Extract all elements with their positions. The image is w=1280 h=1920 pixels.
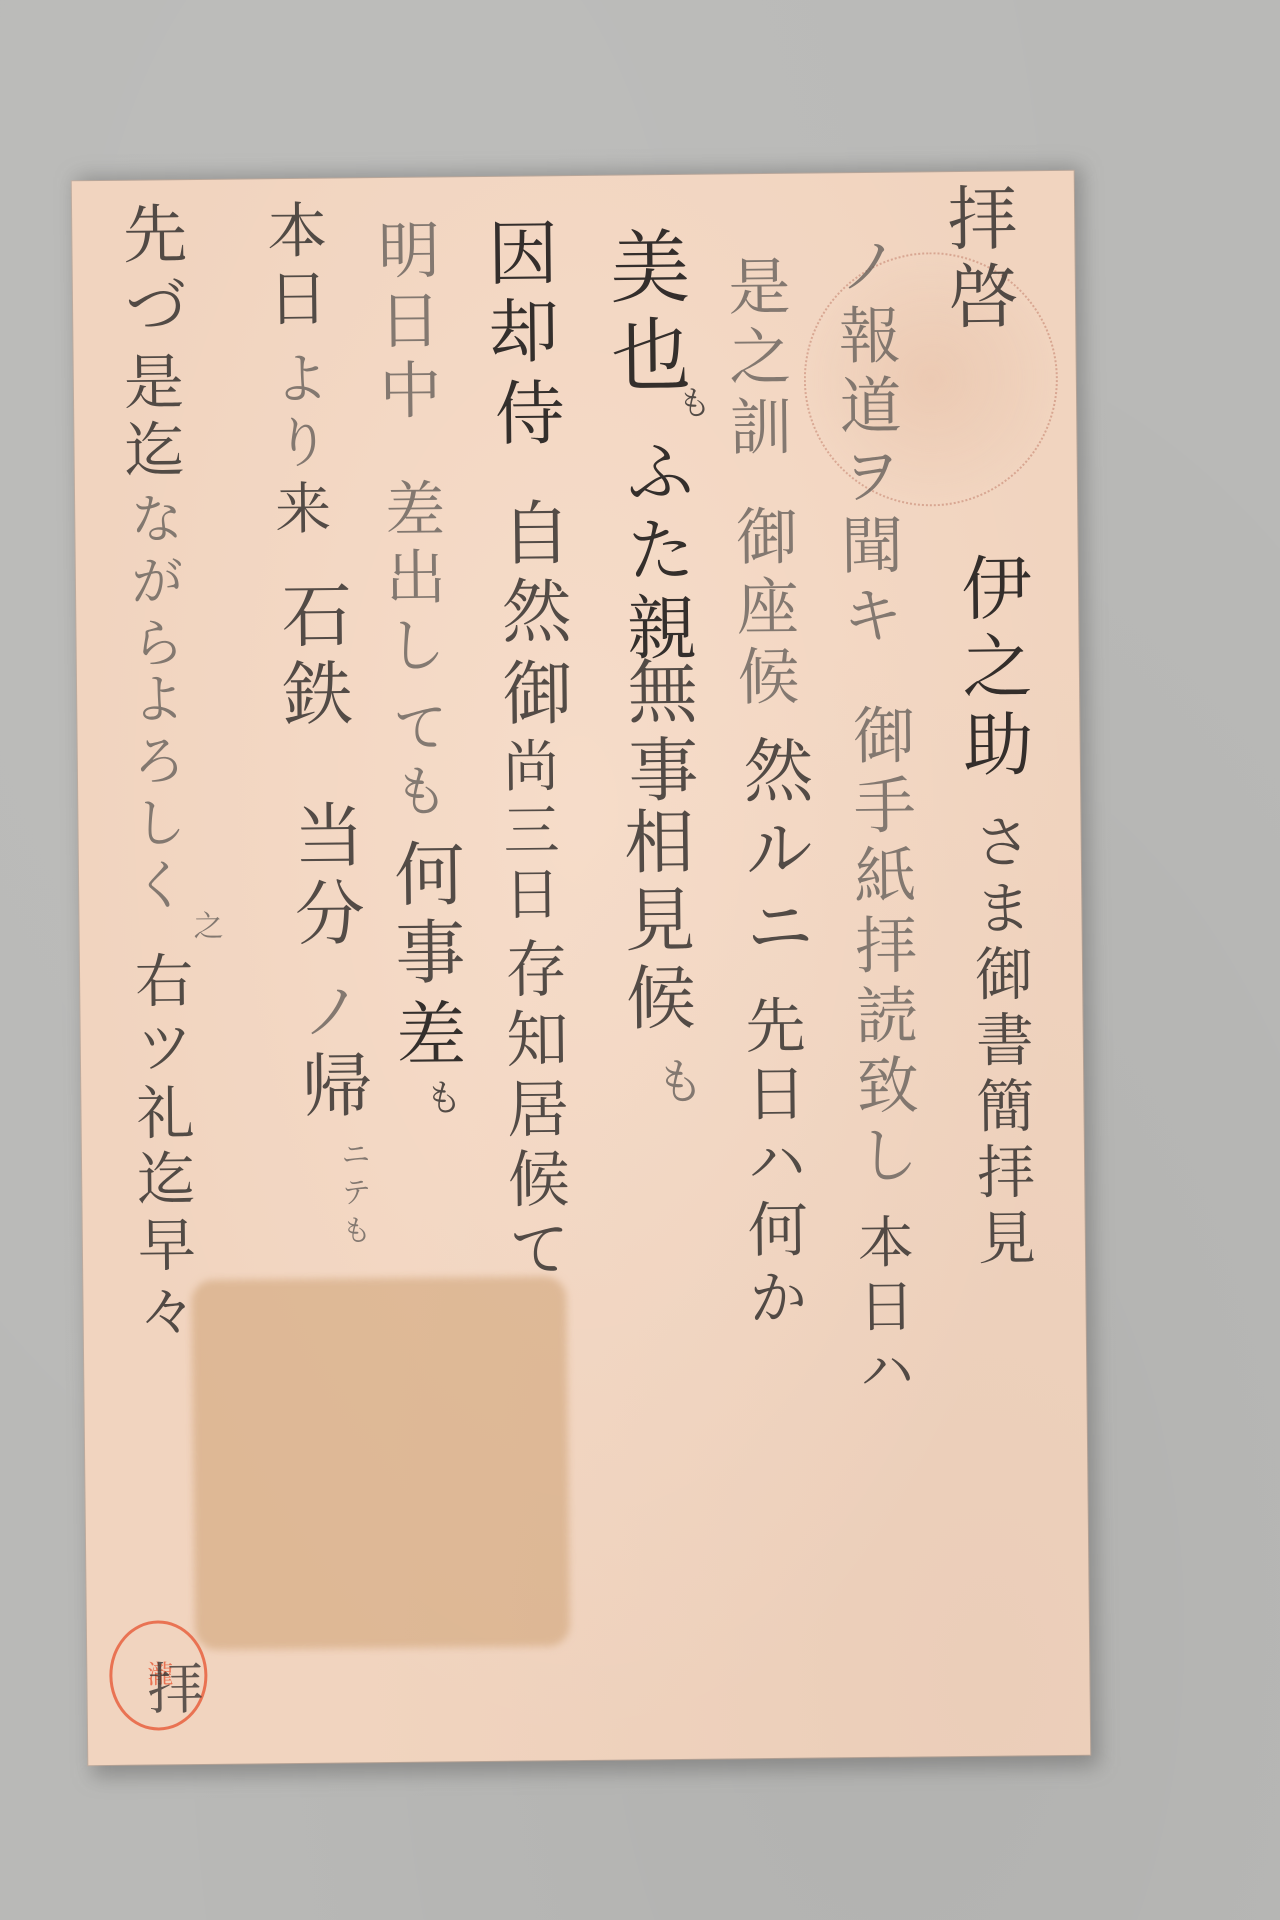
text-column-2b: 御手紙拝読致し bbox=[847, 703, 914, 1194]
text-column-7e: 当分 bbox=[288, 798, 360, 955]
text-column-1c: さま御書簡拝見 bbox=[968, 811, 1031, 1274]
text-column-7b: より bbox=[269, 349, 326, 478]
text-column-7g: 帰 bbox=[296, 1048, 367, 1127]
text-column-7d: 石鉄 bbox=[276, 578, 348, 735]
stamp-stain bbox=[191, 1276, 570, 1650]
text-column-8d: よろしく bbox=[127, 670, 184, 919]
text-column-6: 明日中 bbox=[372, 217, 436, 428]
text-column-8: 先づ bbox=[117, 200, 183, 345]
text-column-4d: 無事 bbox=[622, 655, 694, 812]
text-column-8e: 之 bbox=[189, 910, 219, 948]
text-column-8f: 右ツ礼迄早々 bbox=[130, 950, 192, 1347]
text-column-2: ノ報道ヲ聞キ bbox=[832, 233, 898, 654]
text-column-4c: ふた親 bbox=[619, 435, 691, 670]
text-column-5f: 存知居候て bbox=[500, 936, 566, 1287]
text-column-4e: 相見候 bbox=[618, 805, 690, 1040]
text-column-5: 因却 bbox=[482, 216, 554, 373]
text-column-3c: 然ルニ bbox=[738, 734, 810, 969]
text-column-7c: 来 bbox=[270, 479, 327, 544]
text-column-3: 是之訓 bbox=[723, 254, 787, 465]
text-column-5e: 尚三日 bbox=[498, 736, 556, 929]
text-column-4b: も bbox=[674, 385, 708, 427]
greeting-text: 拝啓 bbox=[936, 181, 1020, 338]
text-column-6c: ても bbox=[387, 697, 444, 826]
addressee-name: 伊之助 bbox=[950, 551, 1034, 786]
text-column-4: 美也 bbox=[602, 225, 684, 402]
text-column-6e: 差 bbox=[390, 997, 461, 1076]
text-column-5d: 御 bbox=[497, 656, 568, 735]
text-column-2c: 本日ハ bbox=[853, 1213, 911, 1406]
text-column-5c: 自然 bbox=[495, 496, 567, 653]
signature-mark: 拝 bbox=[147, 1645, 204, 1726]
text-column-7: 本日 bbox=[262, 199, 323, 336]
text-column-8c: ながら bbox=[125, 490, 181, 677]
text-column-6f: も bbox=[421, 1077, 459, 1123]
text-column-6b: 差出し bbox=[380, 477, 442, 682]
text-column-6d: 何事 bbox=[389, 837, 461, 994]
text-column-7h: ニテも bbox=[337, 1138, 368, 1252]
text-column-3d: 先日ハ何か bbox=[740, 994, 804, 1335]
text-column-7f: ノ bbox=[295, 978, 358, 1049]
text-column-5b: 侍 bbox=[489, 376, 560, 455]
text-column-8b: 是迄 bbox=[119, 350, 180, 487]
text-column-3b: 御座候 bbox=[730, 504, 794, 715]
text-column-1: 拝啓 bbox=[942, 181, 1014, 338]
postcard: 拝啓 伊之助 さま御書簡拝見 ノ報道ヲ聞キ 御手紙拝読致し 本日ハ 是之訓 御座… bbox=[72, 171, 1091, 1765]
text-column-4f: も bbox=[651, 1055, 702, 1114]
text-column-1b: 伊之助 bbox=[956, 551, 1028, 786]
